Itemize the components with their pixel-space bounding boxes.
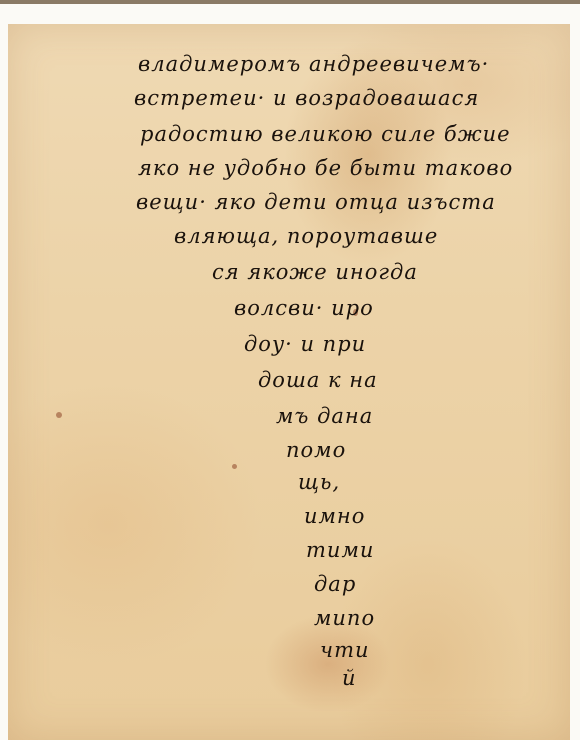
text-line-17: мипо bbox=[314, 606, 375, 630]
text-line-12: помо bbox=[286, 438, 346, 462]
top-border bbox=[0, 0, 580, 4]
text-line-9: доу· и при bbox=[244, 332, 366, 356]
text-line-14: имно bbox=[304, 504, 365, 528]
text-line-13: щь, bbox=[298, 470, 340, 494]
text-line-16: дар bbox=[314, 572, 356, 596]
text-line-3: радостию великою силе бжие bbox=[140, 122, 511, 146]
text-line-1: владимеромъ андреевичемъ· bbox=[138, 52, 489, 76]
text-line-19: й bbox=[342, 666, 357, 690]
text-line-7: ся якоже иногда bbox=[212, 260, 418, 284]
text-line-18: чти bbox=[320, 638, 370, 662]
text-line-10: доша к на bbox=[258, 368, 378, 392]
ink-stain bbox=[56, 412, 62, 418]
text-line-2: встретеи· и возрадовашася bbox=[134, 86, 479, 110]
text-line-11: мъ дана bbox=[276, 404, 373, 428]
manuscript-page: владимеромъ андреевичемъ· встретеи· и во… bbox=[8, 24, 570, 740]
text-line-4: яко не удобно бе быти таково bbox=[138, 156, 513, 180]
ink-stain bbox=[232, 464, 237, 469]
text-line-6: вляюща, пороутавше bbox=[174, 224, 438, 248]
text-line-15: тими bbox=[306, 538, 374, 562]
text-line-8: волсви· иро bbox=[234, 296, 374, 320]
text-line-5: вещи· яко дети отца изъста bbox=[136, 190, 496, 214]
